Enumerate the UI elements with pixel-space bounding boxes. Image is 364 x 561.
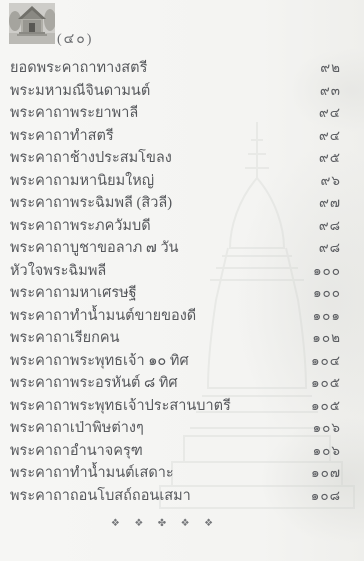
toc-row: พระคาถาพระพุทธเจ้าประสานบาตรี๑๐๕ — [10, 395, 341, 418]
toc-entry-title: พระคาถาเป่าพิษต่างๆ — [10, 417, 144, 440]
toc-row: พระคาถาบูชาขอลาภ ๗ วัน๙๘ — [10, 237, 341, 260]
toc-row: พระคาถาพระภควัมบดี๙๘ — [10, 215, 341, 238]
toc-row: พระคาถาช้างประสมโขลง๙๕ — [10, 147, 341, 170]
toc-entry-title: พระคาถาพระยาพาลี — [10, 102, 138, 125]
toc-entry-title: พระคาถาพระอรหันต์ ๘ ทิศ — [10, 372, 178, 395]
toc-entry-title: พระคาถาพระพุทธเจ้า ๑๐ ทิศ — [10, 350, 189, 373]
toc-row: พระคาถาทำน้ำมนต์เสดาะ๑๐๗ — [10, 462, 341, 485]
toc-entry-page: ๑๐๒ — [312, 327, 341, 350]
toc-entry-title: พระคาถามหาเศรษฐี — [10, 282, 137, 305]
toc-entry-title: ยอดพระคาถาทางสตรี — [10, 57, 147, 80]
toc-entry-page: ๑๐๕ — [311, 372, 341, 395]
toc-row: พระคาถามหานิยมใหญ่๙๖ — [10, 170, 341, 193]
toc-entry-title: พระคาถามหานิยมใหญ่ — [10, 170, 154, 193]
toc-row: พระคาถาอำนาจครุฑ๑๐๖ — [10, 440, 341, 463]
toc-entry-page: ๑๐๖ — [313, 417, 341, 440]
toc-entry-page: ๑๐๕ — [311, 395, 341, 418]
toc-entry-title: พระมหามณีจินดามนต์ — [10, 80, 150, 103]
toc-entry-title: พระคาถาพระภควัมบดี — [10, 215, 151, 238]
toc-entry-title: พระคาถาถอนโบสถ์ถอนเสมา — [10, 485, 191, 508]
toc-row: พระคาถาพระยาพาลี๙๔ — [10, 102, 341, 125]
toc-entry-page: ๑๐๐ — [313, 282, 341, 305]
toc-entry-page: ๙๓ — [320, 80, 341, 103]
toc-row: พระคาถาเป่าพิษต่างๆ๑๐๖ — [10, 417, 341, 440]
toc-entry-title: พระคาถาช้างประสมโขลง — [10, 147, 172, 170]
toc-entry-page: ๑๐๑ — [313, 305, 341, 328]
toc-row: พระคาถาถอนโบสถ์ถอนเสมา๑๐๘ — [10, 485, 341, 508]
book-page: (๔๐) ยอดพระคาถาทางสตรี๙๒พระมหามณีจินดามน… — [0, 0, 364, 561]
toc-entry-page: ๙๘ — [319, 215, 341, 238]
toc-entry-page: ๙๕ — [319, 147, 341, 170]
temple-photo — [9, 3, 55, 44]
toc-row: พระคาถาพระพุทธเจ้า ๑๐ ทิศ๑๐๔ — [10, 350, 341, 373]
toc-row: พระคาถาทำสตรี๙๔ — [10, 125, 341, 148]
toc-entry-page: ๙๘ — [319, 237, 341, 260]
toc-row: พระคาถาเรียกคน๑๐๒ — [10, 327, 341, 350]
toc-entry-title: พระคาถาทำสตรี — [10, 125, 114, 148]
toc-entry-page: ๑๐๔ — [311, 350, 341, 373]
toc-entry-title: พระคาถาบูชาขอลาภ ๗ วัน — [10, 237, 179, 260]
toc-entry-page: ๙๗ — [319, 192, 341, 215]
toc-entry-page: ๑๐๗ — [311, 462, 341, 485]
toc-row: หัวใจพระฉิมพลี๑๐๐ — [10, 260, 341, 283]
toc-list: ยอดพระคาถาทางสตรี๙๒พระมหามณีจินดามนต์๙๓พ… — [10, 57, 341, 507]
toc-entry-title: พระคาถาพระพุทธเจ้าประสานบาตรี — [10, 395, 231, 418]
toc-row: พระคาถาพระฉิมพลี (สิวลี)๙๗ — [10, 192, 341, 215]
toc-entry-title: พระคาถาอำนาจครุฑ — [10, 440, 143, 463]
toc-entry-title: พระคาถาทำน้ำมนต์ขายของดี — [10, 305, 196, 328]
toc-row: พระคาถาพระอรหันต์ ๘ ทิศ๑๐๕ — [10, 372, 341, 395]
toc-entry-title: หัวใจพระฉิมพลี — [10, 260, 106, 283]
toc-entry-page: ๙๒ — [320, 57, 341, 80]
page-number: (๔๐) — [57, 28, 93, 50]
toc-entry-page: ๑๐๐ — [313, 260, 341, 283]
toc-entry-page: ๙๔ — [319, 125, 341, 148]
toc-entry-title: พระคาถาทำน้ำมนต์เสดาะ — [10, 462, 174, 485]
toc-entry-page: ๑๐๖ — [313, 440, 341, 463]
toc-entry-page: ๙๖ — [321, 170, 341, 193]
toc-entry-page: ๑๐๘ — [311, 485, 341, 508]
toc-entry-title: พระคาถาเรียกคน — [10, 327, 120, 350]
footer-ornaments: ❖ ❖ ✤ ❖ ❖ — [0, 518, 330, 529]
temple-illustration — [9, 3, 55, 44]
toc-row: พระคาถามหาเศรษฐี๑๐๐ — [10, 282, 341, 305]
toc-row: พระคาถาทำน้ำมนต์ขายของดี๑๐๑ — [10, 305, 341, 328]
toc-entry-page: ๙๔ — [319, 102, 341, 125]
toc-entry-title: พระคาถาพระฉิมพลี (สิวลี) — [10, 192, 172, 215]
toc-row: ยอดพระคาถาทางสตรี๙๒ — [10, 57, 341, 80]
toc-row: พระมหามณีจินดามนต์๙๓ — [10, 80, 341, 103]
